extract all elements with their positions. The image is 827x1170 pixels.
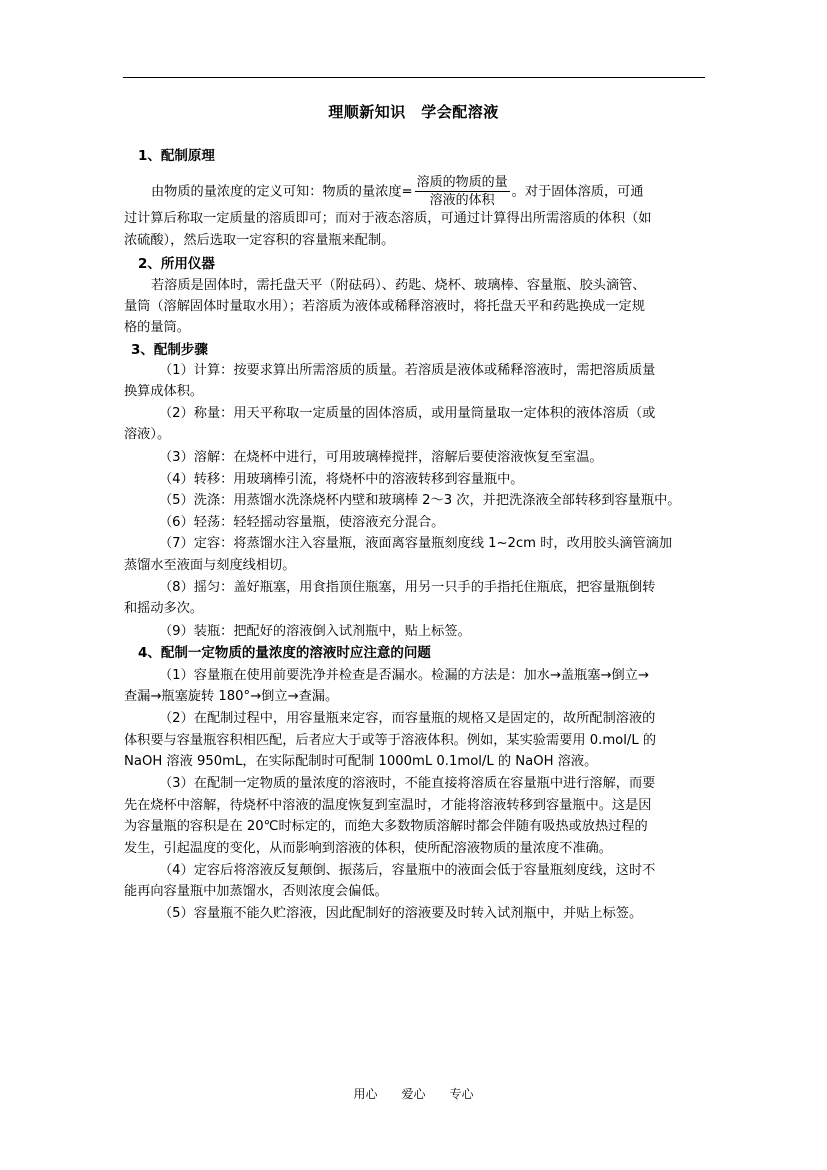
paragraph-line: 浓硫酸），然后选取一定容积的容量瓶来配制。 (124, 231, 706, 251)
note-line: 体积要与容量瓶容积相匹配，后者应大于或等于溶液体积。例如，某实验需要用 0.mo… (124, 731, 706, 751)
step-line: （3）溶解：在烧杯中进行，可用玻璃棒搅拌，溶解后要使溶液恢复至室温。 (159, 448, 741, 468)
section-heading-2: 2、所用仪器 (138, 254, 720, 274)
paragraph-line: 由物质的量浓度的定义可知：物质的量浓度=溶质的物质的量溶液的体积。对于固体溶质，… (151, 174, 733, 210)
step-line: （4）转移：用玻璃棒引流，将烧杯中的溶液转移到容量瓶中。 (159, 470, 741, 490)
note-line: （4）定容后将溶液反复颠倒、振荡后，容量瓶中的液面会低于容量瓶刻度线，这时不 (159, 861, 741, 881)
step-line: （5）洗涤：用蒸馏水洗涤烧杯内壁和玻璃棒 2～3 次，并把洗涤液全部转移到容量瓶… (159, 491, 741, 511)
fraction: 溶质的物质的量溶液的体积 (415, 174, 510, 209)
paragraph-line: 若溶质是固体时，需托盘天平（附砝码）、药匙、烧杯、玻璃棒、容量瓶、胶头滴管、 (151, 276, 733, 296)
note-line: 为容量瓶的容积是在 20℃时标定的，而绝大多数物质溶解时都会伴随有吸热或放热过程… (124, 817, 706, 837)
step-line: （9）装瓶：把配好的溶液倒入试剂瓶中，贴上标签。 (159, 622, 741, 642)
step-line: 和摇动多次。 (124, 599, 706, 619)
fraction-denominator: 溶液的体积 (415, 192, 510, 209)
step-line: （8）摇匀：盖好瓶塞，用食指顶住瓶塞，用另一只手的手指托住瓶底，把容量瓶倒转 (159, 578, 741, 598)
formula-suffix: 。对于固体溶质，可通 (512, 185, 644, 200)
fraction-numerator: 溶质的物质的量 (415, 174, 510, 192)
note-line: 先在烧杯中溶解，待烧杯中溶液的温度恢复到室温时，才能将溶液转移到容量瓶中。这是因 (124, 796, 706, 816)
step-line: （1）计算：按要求算出所需溶质的质量。若溶质是液体或稀释溶液时，需把溶质质量 (159, 361, 741, 381)
note-line: （3）在配制一定物质的量浓度的溶液时，不能直接将溶质在容量瓶中进行溶解，而要 (159, 774, 741, 794)
paragraph-line: 过计算后称取一定质量的溶质即可；而对于液态溶质，可通过计算得出所需溶质的体积（如 (124, 209, 706, 229)
step-line: 换算成体积。 (124, 382, 706, 402)
section-heading-4: 4、配制一定物质的量浓度的溶液时应注意的问题 (138, 643, 720, 663)
step-line: （2）称量：用天平称取一定质量的固体溶质，或用量筒量取一定体积的液体溶质（或 (159, 404, 741, 424)
note-line: （1）容量瓶在使用前要洗净并检查是否漏水。检漏的方法是：加水→盖瓶塞→倒立→ (159, 666, 741, 686)
step-line: （6）轻荡：轻轻摇动容量瓶，使溶液充分混合。 (159, 513, 741, 533)
note-line: 发生，引起温度的变化，从而影响到溶液的体积，使所配溶液物质的量浓度不准确。 (124, 839, 706, 859)
formula-prefix: 由物质的量浓度的定义可知：物质的量浓度= (151, 185, 413, 200)
step-line: 蒸馏水至液面与刻度线相切。 (124, 556, 706, 576)
note-line: 查漏→瓶塞旋转 180°→倒立→查漏。 (124, 687, 706, 707)
paragraph-line: 格的量筒。 (124, 318, 706, 338)
note-line: （2）在配制过程中，用容量瓶来定容，而容量瓶的规格又是固定的，故所配制溶液的 (159, 709, 741, 729)
header-rule (123, 77, 705, 78)
section-heading-3: 3、配制步骤 (131, 340, 713, 360)
note-line: （5）容量瓶不能久贮溶液，因此配制好的溶液要及时转入试剂瓶中，并贴上标签。 (159, 904, 741, 924)
page-title: 理顺新知识 学会配溶液 (0, 101, 827, 122)
page-footer: 用心 爱心 专心 (0, 1085, 827, 1102)
section-heading-1: 1、配制原理 (138, 146, 720, 166)
paragraph-line: 量筒（溶解固体时量取水用）；若溶质为液体或稀释溶液时，将托盘天平和药匙换成一定规 (124, 297, 706, 317)
step-line: 溶液）。 (124, 425, 706, 445)
note-line: 能再向容量瓶中加蒸馏水，否则浓度会偏低。 (124, 882, 706, 902)
step-line: （7）定容：将蒸馏水注入容量瓶，液面离容量瓶刻度线 1~2cm 时，改用胶头滴管… (159, 534, 741, 554)
note-line: NaOH 溶液 950mL，在实际配制时可配制 1000mL 0.1mol/L … (124, 752, 706, 772)
